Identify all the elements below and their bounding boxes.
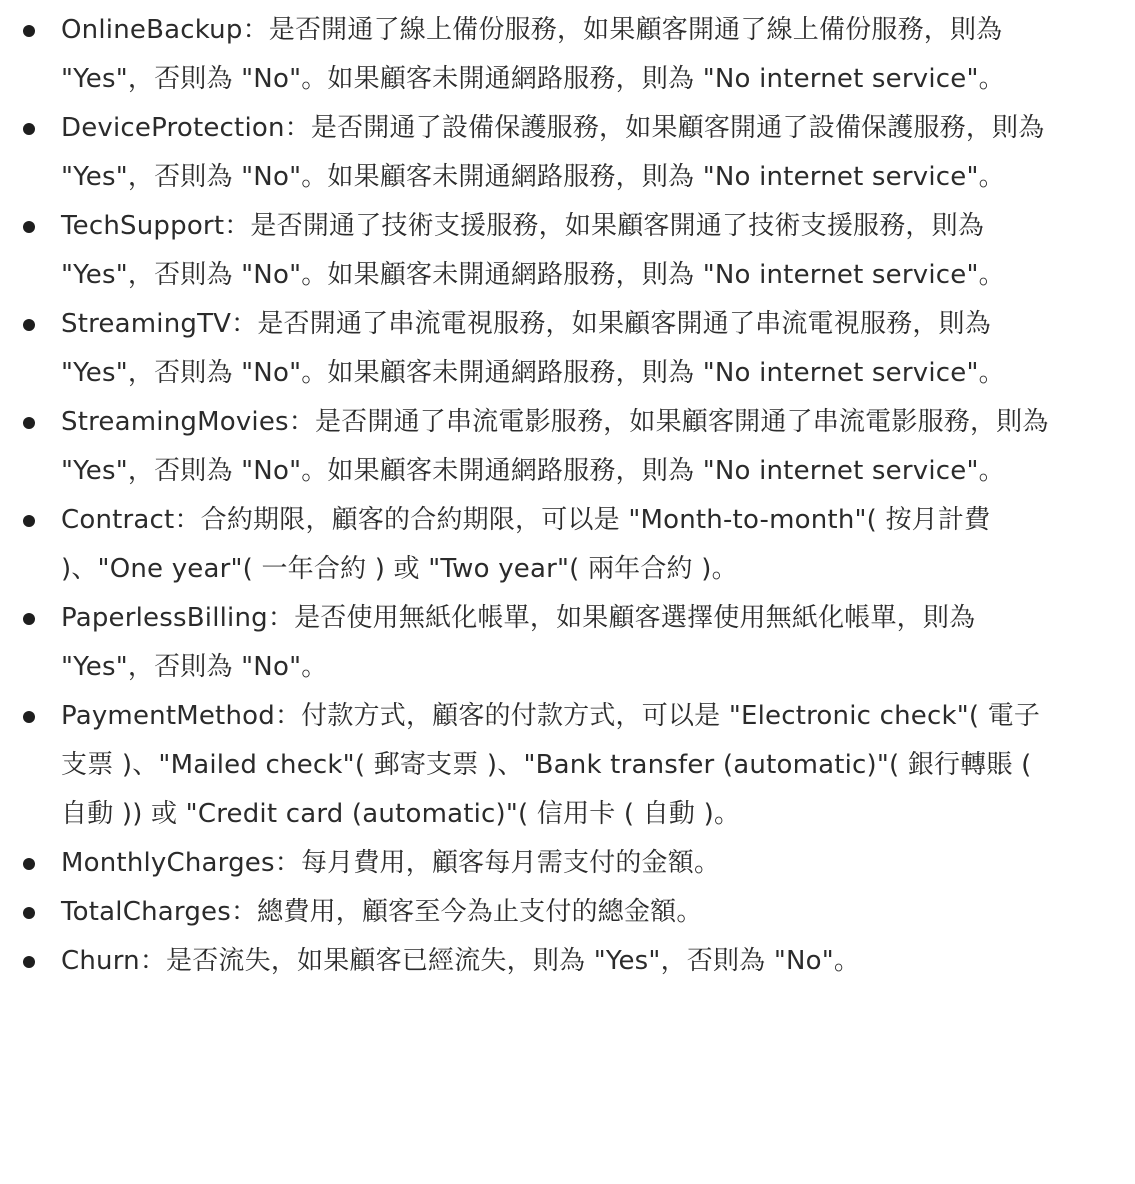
- list-item-monthlycharges: MonthlyCharges：每月費用，顧客每月需支付的金額。: [0, 839, 1135, 888]
- bullet-icon: [23, 123, 35, 135]
- bullet-icon: [23, 858, 35, 870]
- field-name: PaperlessBilling: [61, 603, 268, 633]
- field-description: 合約期限，顧客的合約期限，可以是 "Month-to-month"( 按月計費 …: [61, 505, 990, 584]
- field-definition-list: OnlineBackup：是否開通了線上備份服務，如果顧客開通了線上備份服務，則…: [0, 6, 1135, 986]
- separator: ：: [289, 407, 315, 437]
- bullet-icon: [23, 515, 35, 527]
- bullet-icon: [23, 25, 35, 37]
- field-description: 每月費用，顧客每月需支付的金額。: [301, 848, 720, 878]
- separator: ：: [275, 701, 301, 731]
- list-item-deviceprotection: DeviceProtection：是否開通了設備保護服務，如果顧客開通了設備保護…: [0, 104, 1135, 202]
- field-name: StreamingMovies: [61, 407, 289, 437]
- separator: ：: [224, 211, 250, 241]
- list-item-paymentmethod: PaymentMethod：付款方式，顧客的付款方式，可以是 "Electron…: [0, 692, 1135, 839]
- field-description: 總費用，顧客至今為止支付的總金額。: [257, 897, 702, 927]
- list-item-onlinebackup: OnlineBackup：是否開通了線上備份服務，如果顧客開通了線上備份服務，則…: [0, 6, 1135, 104]
- field-name: DeviceProtection: [61, 113, 285, 143]
- separator: ：: [174, 505, 200, 535]
- separator: ：: [268, 603, 294, 633]
- bullet-icon: [23, 907, 35, 919]
- field-description: 是否流失，如果顧客已經流失，則為 "Yes"，否則為 "No"。: [166, 946, 860, 976]
- bullet-icon: [23, 613, 35, 625]
- list-item-streamingmovies: StreamingMovies：是否開通了串流電影服務，如果顧客開通了串流電影服…: [0, 398, 1135, 496]
- list-item-paperlessbilling: PaperlessBilling：是否使用無紙化帳單，如果顧客選擇使用無紙化帳單…: [0, 594, 1135, 692]
- field-name: OnlineBackup: [61, 15, 243, 45]
- field-name: TechSupport: [61, 211, 224, 241]
- field-name: TotalCharges: [61, 897, 231, 927]
- field-name: StreamingTV: [61, 309, 231, 339]
- field-name: PaymentMethod: [61, 701, 275, 731]
- bullet-icon: [23, 221, 35, 233]
- list-item-churn: Churn：是否流失，如果顧客已經流失，則為 "Yes"，否則為 "No"。: [0, 937, 1135, 986]
- bullet-icon: [23, 711, 35, 723]
- bullet-icon: [23, 956, 35, 968]
- separator: ：: [285, 113, 311, 143]
- separator: ：: [243, 15, 269, 45]
- list-item-streamingtv: StreamingTV：是否開通了串流電視服務，如果顧客開通了串流電視服務，則為…: [0, 300, 1135, 398]
- separator: ：: [140, 946, 166, 976]
- separator: ：: [231, 897, 257, 927]
- bullet-icon: [23, 417, 35, 429]
- field-name: Contract: [61, 505, 174, 535]
- list-item-contract: Contract：合約期限，顧客的合約期限，可以是 "Month-to-mont…: [0, 496, 1135, 594]
- field-name: MonthlyCharges: [61, 848, 275, 878]
- separator: ：: [275, 848, 301, 878]
- field-name: Churn: [61, 946, 140, 976]
- list-item-techsupport: TechSupport：是否開通了技術支援服務，如果顧客開通了技術支援服務，則為…: [0, 202, 1135, 300]
- separator: ：: [231, 309, 257, 339]
- bullet-icon: [23, 319, 35, 331]
- document-page: OnlineBackup：是否開通了線上備份服務，如果顧客開通了線上備份服務，則…: [0, 0, 1135, 986]
- list-item-totalcharges: TotalCharges：總費用，顧客至今為止支付的總金額。: [0, 888, 1135, 937]
